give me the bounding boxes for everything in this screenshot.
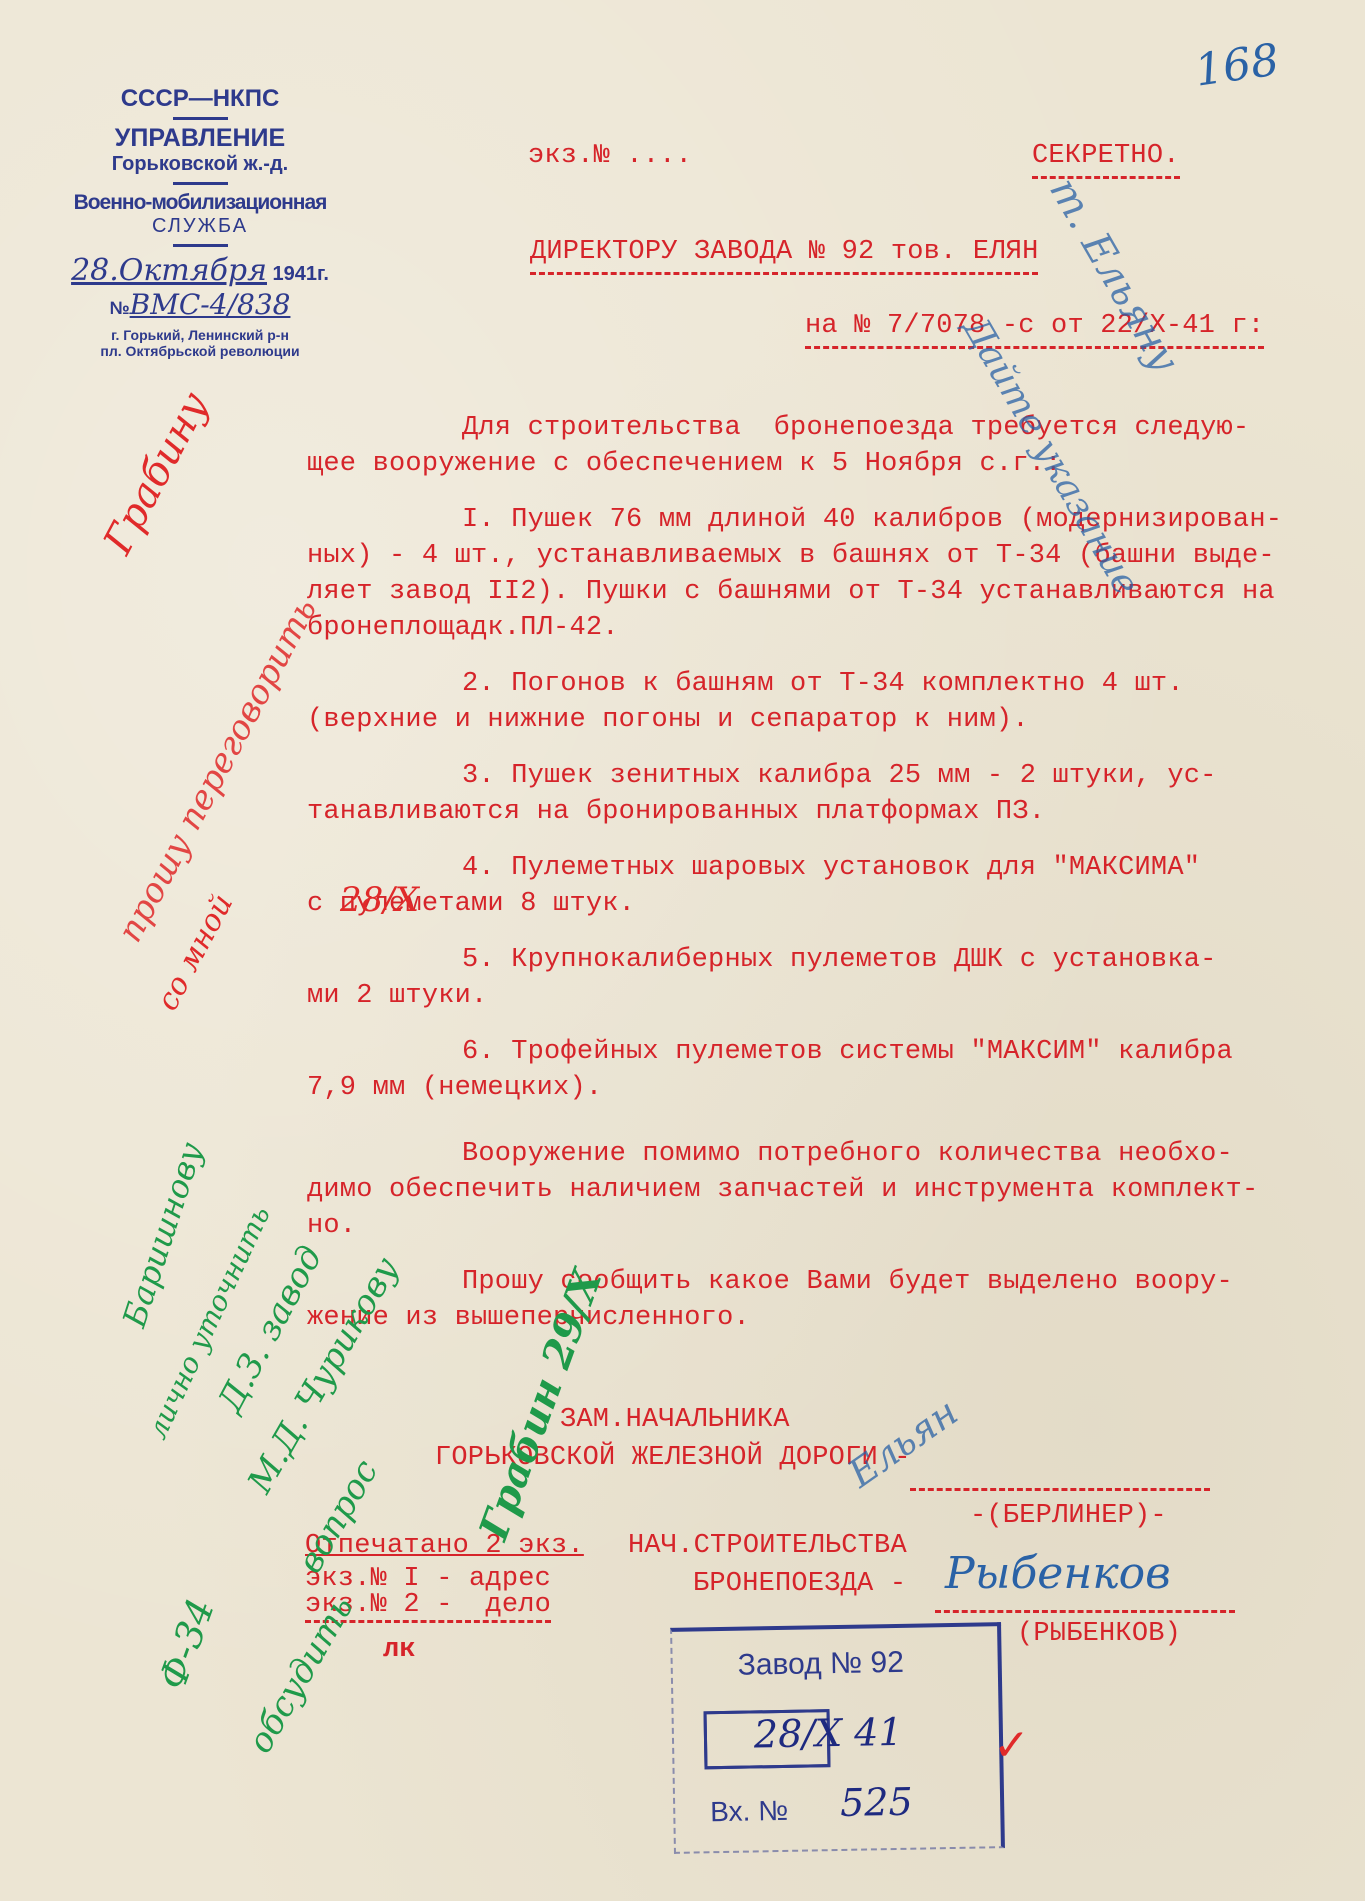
list-item: 5. Крупнокалиберных пулеметов ДШК с уста… — [307, 942, 1282, 1014]
annotation-green: Ф-34 — [150, 1593, 223, 1695]
paragraph: Прошу сообщить какое Вами будет выделено… — [307, 1264, 1282, 1336]
signature-rybenkov: Рыбенков — [945, 1548, 1171, 1599]
checkmark-icon: ✓ — [993, 1720, 1030, 1771]
addressee: ДИРЕКТОРУ ЗАВОДА № 92 тов. ЕЛЯН — [530, 234, 1038, 275]
intro-line: щее вооружение с обеспечением к 5 Ноября… — [307, 446, 1282, 482]
stamp-line-railway: Горьковской ж.-д. — [70, 153, 330, 176]
stamp-number-prefix: № — [110, 298, 130, 318]
stamp-date: 28.Октября — [71, 253, 267, 288]
signer1-name: -(БЕРЛИНЕР)- — [970, 1498, 1167, 1534]
classification: СЕКРЕТНО. — [1032, 138, 1180, 179]
copy1-destination: экз.№ I - адрес — [305, 1566, 551, 1592]
typist-initials: лк — [383, 1632, 416, 1668]
intro-line: Для строительства бронепоезда требуется … — [307, 410, 1282, 446]
copy-number: экз.№ .... — [528, 138, 692, 174]
list-item: 6. Трофейных пулеметов системы "МАКСИМ" … — [307, 1034, 1282, 1106]
incoming-number: 525 — [840, 1780, 913, 1825]
signature-line — [935, 1610, 1235, 1613]
paragraph: Вооружение помимо потребного количества … — [307, 1136, 1282, 1244]
stamp-number: ВМС-4/838 — [130, 288, 291, 321]
stamp-line-service: Военно-мобилизационная — [70, 191, 330, 215]
signature-line — [910, 1488, 1210, 1491]
annotation-green: Баришнову — [115, 1138, 210, 1332]
stamp-address2: пл. Октябрьской революции — [70, 343, 330, 359]
annotation-red: Грабину — [95, 385, 218, 562]
list-item: 3. Пушек зенитных калибра 25 мм - 2 штук… — [307, 758, 1282, 830]
page-number: 168 — [1192, 34, 1282, 96]
stamp-year: 1941г. — [273, 263, 329, 285]
incoming-factory: Завод № 92 — [737, 1646, 904, 1683]
incoming-stamp: Завод № 92 28/X 41 Вх. № 525 — [670, 1622, 1005, 1854]
stamp-divider — [173, 244, 228, 247]
incoming-label: Вх. № — [710, 1795, 789, 1828]
letterhead-stamp: СССР—НКПС УПРАВЛЕНИЕ Горьковской ж.-д. В… — [70, 85, 330, 359]
reference-number: на № 7/7078 -с от 22/X-41 г: — [805, 308, 1264, 349]
incoming-date: 28/X 41 — [754, 1710, 903, 1757]
stamp-line-department: УПРАВЛЕНИЕ — [70, 124, 330, 153]
stamp-address1: г. Горький, Ленинский р-н — [70, 327, 330, 343]
signer2-title: БРОНЕПОЕЗДА - — [693, 1566, 906, 1602]
annotation-red-date: 28/X — [340, 880, 419, 920]
list-item: 4. Пулеметных шаровых установок для "МАК… — [307, 850, 1282, 922]
list-item: 2. Погонов к башням от Т-34 комплектно 4… — [307, 666, 1282, 738]
signer1-title: ЗАМ.НАЧАЛЬНИКА — [560, 1402, 790, 1438]
letter-body: Для строительства бронепоезда требуется … — [307, 410, 1282, 1336]
stamp-divider — [173, 117, 228, 120]
signer2-title: НАЧ.СТРОИТЕЛЬСТВА — [628, 1528, 907, 1564]
signer2-name: (РЫБЕНКОВ) — [1017, 1616, 1181, 1652]
stamp-divider — [173, 182, 228, 185]
annotation-green: обсудить — [240, 1589, 362, 1760]
stamp-line-ussr: СССР—НКПС — [70, 85, 330, 113]
stamp-line-service2: СЛУЖБА — [70, 215, 330, 238]
